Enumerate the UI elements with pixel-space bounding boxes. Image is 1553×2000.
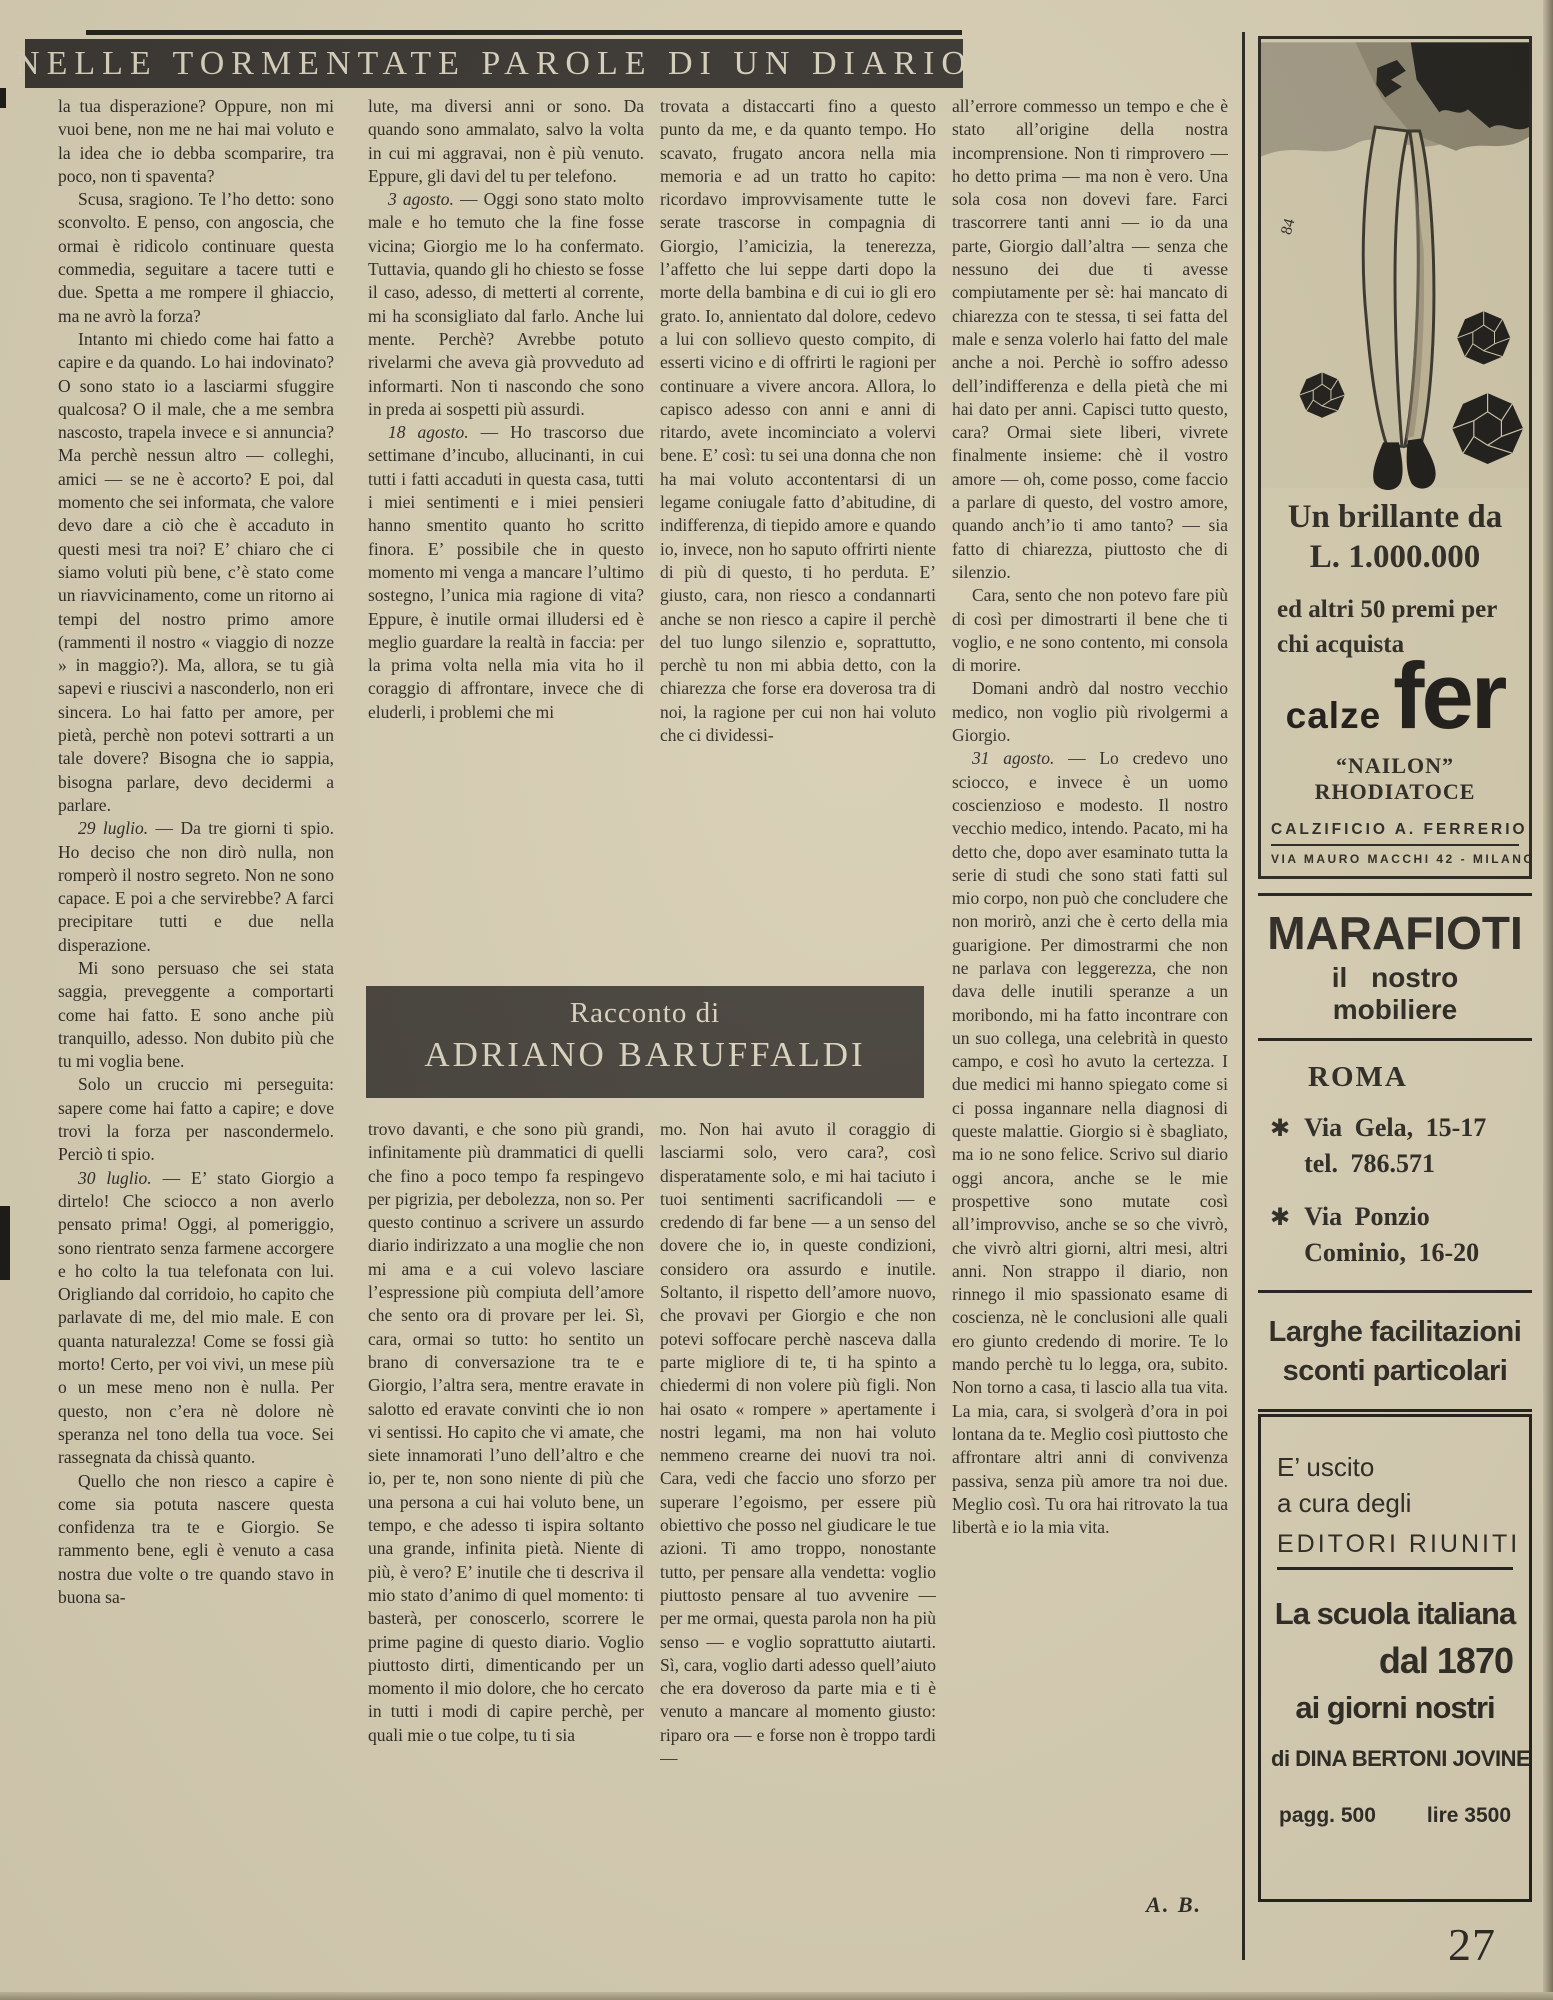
- diary-paragraph: Cara, sento che non potevo fare più di c…: [952, 584, 1228, 677]
- promo-text: Larghe facilitazioni sconti particolari: [1258, 1313, 1532, 1391]
- book-title-line-2: dal 1870: [1261, 1640, 1529, 1682]
- diary-column-4: all’errore commesso un tempo e che è sta…: [952, 95, 1228, 1887]
- address-line: Cominio, 16-20: [1304, 1235, 1479, 1271]
- book-ad: E’ uscito a cura degli EDITORI RIUNITI L…: [1258, 1414, 1532, 1902]
- diary-column-2-bottom: trovo davanti, e che sono più grandi, in…: [368, 1118, 644, 1951]
- calze-fer-ad: 84 Un brillante da L. 1.000.000 ed altri…: [1258, 36, 1532, 879]
- rule: [1258, 1038, 1532, 1041]
- story-credit-box: Racconto di ADRIANO BARUFFALDI: [366, 986, 924, 1098]
- diary-date: 29 luglio.: [78, 818, 148, 838]
- book-title-line-1: La scuola italiana: [1261, 1596, 1529, 1632]
- address-row: ✱ Via Gela, 15-17 tel. 786.571: [1258, 1110, 1532, 1183]
- diary-column-3-top: trovata a distaccarti fino a questo punt…: [660, 95, 936, 983]
- marafioti-tagline: il nostro mobiliere: [1258, 962, 1532, 1026]
- page-edge-right: [1543, 0, 1553, 2000]
- diary-paragraph: 3 agosto. — Oggi sono stato molto male e…: [368, 188, 644, 421]
- diary-paragraph: la tua disperazione? Oppure, non mi vuoi…: [58, 95, 334, 188]
- company-name: CALZIFICIO A. FERRERIO: [1271, 821, 1519, 846]
- diary-paragraph: mo. Non hai avuto il coraggio di lasciar…: [660, 1118, 936, 1770]
- diary-paragraph: 18 agosto. — Ho trascorso due settimane …: [368, 421, 644, 724]
- book-intro: E’ uscito a cura degli: [1277, 1449, 1529, 1522]
- diamond-icon: [1457, 311, 1510, 364]
- prize-line-2: L. 1.000.000: [1261, 537, 1529, 577]
- phone-line: tel. 786.571: [1304, 1146, 1486, 1182]
- diary-paragraph: Mi sono persuaso che sei stata saggia, p…: [58, 957, 334, 1073]
- stockings-illustration: 84: [1261, 39, 1529, 491]
- city-label: ROMA: [1308, 1061, 1532, 1094]
- asterisk-icon: ✱: [1270, 1203, 1290, 1272]
- diary-column-3-bottom: mo. Non hai avuto il coraggio di lasciar…: [660, 1118, 936, 1951]
- prize-subline-1: ed altri 50 premi per: [1277, 592, 1529, 627]
- diary-column-1: la tua disperazione? Oppure, non mi vuoi…: [58, 95, 334, 1951]
- diary-paragraph: 30 luglio. — E’ stato Giorgio a dirtelo!…: [58, 1167, 334, 1470]
- diary-paragraph: all’errore commesso un tempo e che è sta…: [952, 95, 1228, 584]
- address-line: Via Gela, 15-17: [1304, 1110, 1486, 1146]
- diary-date: 31 agosto.: [972, 748, 1054, 768]
- page-title: NELLE TORMENTATE PAROLE DI UN DIARIO: [15, 45, 973, 83]
- diary-date: 3 agosto.: [388, 189, 454, 209]
- diary-column-2-top: lute, ma diversi anni or sono. Da quando…: [368, 95, 644, 983]
- rule: [1258, 1409, 1532, 1412]
- diary-paragraph: Domani andrò dal nostro vecchio medico, …: [952, 677, 1228, 747]
- brand-word-fer: fer: [1393, 662, 1504, 730]
- promo-line-2: sconti particolari: [1258, 1352, 1532, 1391]
- book-title-line-3: ai giorni nostri: [1261, 1690, 1529, 1726]
- sidebar-separator-rule: [1242, 32, 1245, 1960]
- rule: [1258, 1290, 1532, 1293]
- printing-mark: [0, 88, 6, 108]
- book-pricing: pagg. 500 lire 3500: [1279, 1804, 1511, 1828]
- story-credit-line: Racconto di: [366, 997, 924, 1030]
- printing-mark: [0, 1206, 10, 1280]
- promo-line-1: Larghe facilitazioni: [1258, 1313, 1532, 1352]
- book-pages: pagg. 500: [1279, 1804, 1376, 1828]
- page-edge-bottom: [0, 1992, 1553, 2000]
- product-line: “NAILON” RHODIATOCE: [1261, 753, 1529, 805]
- diary-paragraph: Quello che non riesco a capire è come si…: [58, 1470, 334, 1610]
- page-number: 27: [1448, 1918, 1496, 1971]
- author-initials: A. B.: [952, 1892, 1202, 1918]
- book-intro-line-1: E’ uscito: [1277, 1449, 1529, 1485]
- calze-fer-logo: calze fer: [1261, 662, 1529, 737]
- asterisk-icon: ✱: [1270, 1114, 1290, 1183]
- diary-paragraph: lute, ma diversi anni or sono. Da quando…: [368, 95, 644, 188]
- book-price: lire 3500: [1427, 1804, 1511, 1828]
- diary-paragraph: Solo un cruccio mi perseguita: sapere co…: [58, 1073, 334, 1166]
- marafioti-name: MARAFIOTI: [1258, 906, 1532, 960]
- publisher-name: EDITORI RIUNITI: [1277, 1530, 1513, 1570]
- prize-line-1: Un brillante da: [1261, 497, 1529, 537]
- magazine-page: { "header": { "title": "NELLE TORMENTATE…: [0, 0, 1553, 2000]
- header-top-rule: [86, 30, 962, 35]
- diary-paragraph: Scusa, sragiono. Te l’ho detto: sono sco…: [58, 188, 334, 328]
- diary-paragraph: 31 agosto. — Lo credevo uno sciocco, e i…: [952, 747, 1228, 1539]
- story-author: ADRIANO BARUFFALDI: [366, 1035, 924, 1075]
- diary-date: 30 luglio.: [78, 1168, 152, 1188]
- address-line: Via Ponzio: [1304, 1199, 1479, 1235]
- diary-paragraph: Intanto mi chiedo come hai fatto a capir…: [58, 328, 334, 817]
- marafioti-ad: MARAFIOTI il nostro mobiliere ROMA ✱ Via…: [1258, 893, 1532, 1412]
- rule: [1258, 893, 1532, 896]
- brand-word-calze: calze: [1286, 695, 1382, 737]
- diary-paragraph: 29 luglio. — Da tre giorni ti spio. Ho d…: [58, 817, 334, 957]
- diary-paragraph: trovata a distaccarti fino a questo punt…: [660, 95, 936, 747]
- page-title-banner: NELLE TORMENTATE PAROLE DI UN DIARIO: [25, 39, 963, 88]
- diary-paragraph: trovo davanti, e che sono più grandi, in…: [368, 1118, 644, 1747]
- prize-headline: Un brillante da L. 1.000.000: [1261, 497, 1529, 578]
- company-address: VIA MAURO MACCHI 42 - MILANO: [1271, 852, 1519, 866]
- address-row: ✱ Via Ponzio Cominio, 16-20: [1258, 1199, 1532, 1272]
- book-author: di DINA BERTONI JOVINE: [1271, 1746, 1529, 1772]
- book-intro-line-2: a cura degli: [1277, 1485, 1529, 1521]
- diary-date: 18 agosto.: [388, 422, 469, 442]
